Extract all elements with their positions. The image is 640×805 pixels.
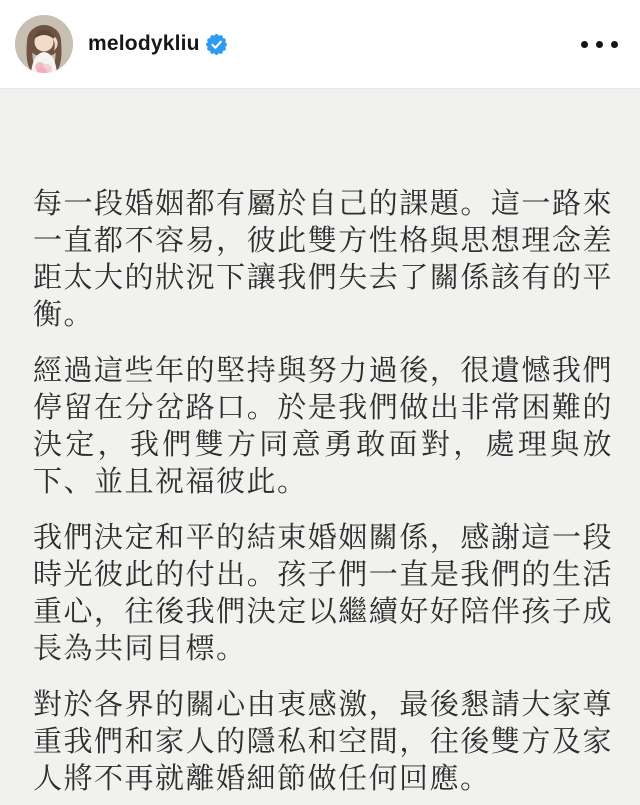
post-image-statement[interactable]: 每一段婚姻都有屬於自己的課題。這一路來一直都不容易，彼此雙方性格與思想理念差距太… xyxy=(0,88,640,805)
statement-paragraph: 經過這些年的堅持與努力過後，很遺憾我們停留在分岔路口。於是我們做出非常困難的決定… xyxy=(33,353,613,501)
more-options-icon xyxy=(611,41,618,48)
statement-paragraph: 每一段婚姻都有屬於自己的課題。這一路來一直都不容易，彼此雙方性格與思想理念差距太… xyxy=(33,186,613,334)
statement-paragraph: 對於各界的關心由衷感激，最後懇請大家尊重我們和家人的隱私和空間，往後雙方及家人將… xyxy=(33,687,613,798)
post-header: melodykliu xyxy=(0,0,640,88)
verified-badge-icon xyxy=(206,34,227,55)
avatar[interactable] xyxy=(15,15,73,73)
avatar-image-icon xyxy=(15,15,73,73)
more-options-icon xyxy=(581,41,588,48)
username-row: melodykliu xyxy=(88,32,227,56)
more-options-button[interactable] xyxy=(579,31,620,58)
statement-paragraph: 我們決定和平的結束婚姻關係，感謝這一段時光彼此的付出。孩子們一直是我們的生活重心… xyxy=(33,520,613,668)
more-options-icon xyxy=(596,41,603,48)
username[interactable]: melodykliu xyxy=(88,32,200,56)
